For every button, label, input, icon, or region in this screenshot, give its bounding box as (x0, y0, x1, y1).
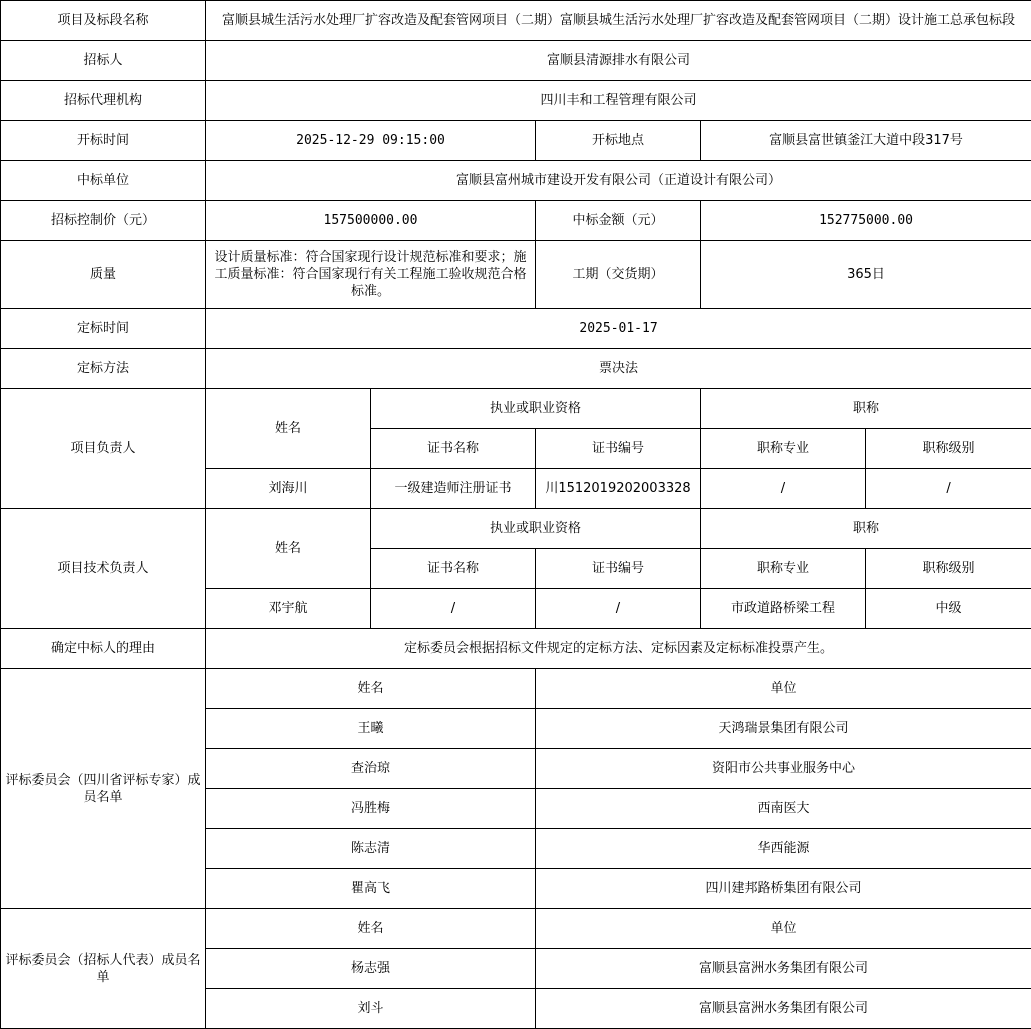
project-name-label: 项目及标段名称 (1, 1, 206, 41)
expert-member-name: 冯胜梅 (206, 789, 536, 829)
decision-method-label: 定标方法 (1, 349, 206, 389)
row-decision-method: 定标方法 票决法 (1, 349, 1031, 389)
manager-cert-name: 一级建造师注册证书 (371, 469, 536, 509)
winner-value: 富顺县富州城市建设开发有限公司（正道设计有限公司） (206, 161, 1031, 201)
row-agency: 招标代理机构 四川丰和工程管理有限公司 (1, 81, 1031, 121)
tech-cert-no-header: 证书编号 (536, 549, 701, 589)
rep-committee-label: 评标委员会（招标人代表）成员名单 (1, 909, 206, 1029)
expert-member-unit: 资阳市公共事业服务中心 (536, 749, 1031, 789)
rep-member-unit: 富顺县富洲水务集团有限公司 (536, 949, 1031, 989)
manager-label: 项目负责人 (1, 389, 206, 509)
reason-label: 确定中标人的理由 (1, 629, 206, 669)
rep-header-row: 评标委员会（招标人代表）成员名单 姓名 单位 (1, 909, 1031, 949)
tech-name: 邓宇航 (206, 589, 371, 629)
tech-manager-label: 项目技术负责人 (1, 509, 206, 629)
manager-title-major: / (701, 469, 866, 509)
row-open: 开标时间 2025-12-29 09:15:00 开标地点 富顺县富世镇釜江大道… (1, 121, 1031, 161)
row-tenderer: 招标人 富顺县清源排水有限公司 (1, 41, 1031, 81)
manager-name-header: 姓名 (206, 389, 371, 469)
expert-member-unit: 四川建邦路桥集团有限公司 (536, 869, 1031, 909)
decision-time-label: 定标时间 (1, 309, 206, 349)
tenderer-value: 富顺县清源排水有限公司 (206, 41, 1031, 81)
rep-member-unit: 富顺县富洲水务集团有限公司 (536, 989, 1031, 1029)
row-quality: 质量 设计质量标准：符合国家现行设计规范标准和要求；施工质量标准：符合国家现行有… (1, 241, 1031, 309)
tech-cert-name-header: 证书名称 (371, 549, 536, 589)
row-project-name: 项目及标段名称 富顺县城生活污水处理厂扩容改造及配套管网项目（二期）富顺县城生活… (1, 1, 1031, 41)
tech-name-header: 姓名 (206, 509, 371, 589)
rep-unit-header: 单位 (536, 909, 1031, 949)
open-place-label: 开标地点 (536, 121, 701, 161)
expert-member-unit: 西南医大 (536, 789, 1031, 829)
expert-member-unit: 天鸿瑞景集团有限公司 (536, 709, 1031, 749)
project-name-value: 富顺县城生活污水处理厂扩容改造及配套管网项目（二期）富顺县城生活污水处理厂扩容改… (206, 1, 1031, 41)
tech-qualification-header: 执业或职业资格 (371, 509, 701, 549)
tech-cert-no: / (536, 589, 701, 629)
manager-cert-name-header: 证书名称 (371, 429, 536, 469)
manager-cert-no-header: 证书编号 (536, 429, 701, 469)
quality-label: 质量 (1, 241, 206, 309)
tenderer-label: 招标人 (1, 41, 206, 81)
manager-cert-no: 川1512019202003328 (536, 469, 701, 509)
winner-label: 中标单位 (1, 161, 206, 201)
expert-member-name: 王曦 (206, 709, 536, 749)
expert-name-header: 姓名 (206, 669, 536, 709)
control-price-value: 157500000.00 (206, 201, 536, 241)
tech-title-level: 中级 (866, 589, 1031, 629)
expert-member-unit: 华西能源 (536, 829, 1031, 869)
agency-label: 招标代理机构 (1, 81, 206, 121)
tech-title-level-header: 职称级别 (866, 549, 1031, 589)
manager-name: 刘海川 (206, 469, 371, 509)
agency-value: 四川丰和工程管理有限公司 (206, 81, 1031, 121)
manager-title-header: 职称 (701, 389, 1031, 429)
rep-member-name: 刘斗 (206, 989, 536, 1029)
tech-title-header: 职称 (701, 509, 1031, 549)
expert-header-row: 评标委员会（四川省评标专家）成员名单 姓名 单位 (1, 669, 1031, 709)
duration-value: 365日 (701, 241, 1031, 309)
bid-amount-label: 中标金额（元） (536, 201, 701, 241)
tech-title-major-header: 职称专业 (701, 549, 866, 589)
manager-title-level: / (866, 469, 1031, 509)
manager-title-major-header: 职称专业 (701, 429, 866, 469)
tech-title-major: 市政道路桥梁工程 (701, 589, 866, 629)
open-place-value: 富顺县富世镇釜江大道中段317号 (701, 121, 1031, 161)
duration-label: 工期（交货期） (536, 241, 701, 309)
row-reason: 确定中标人的理由 定标委员会根据招标文件规定的定标方法、定标因素及定标标准投票产… (1, 629, 1031, 669)
rep-name-header: 姓名 (206, 909, 536, 949)
open-time-label: 开标时间 (1, 121, 206, 161)
expert-member-name: 陈志清 (206, 829, 536, 869)
manager-qualification-header: 执业或职业资格 (371, 389, 701, 429)
row-winner: 中标单位 富顺县富州城市建设开发有限公司（正道设计有限公司） (1, 161, 1031, 201)
row-decision-time: 定标时间 2025-01-17 (1, 309, 1031, 349)
manager-header-row-1: 项目负责人 姓名 执业或职业资格 职称 (1, 389, 1031, 429)
tech-header-row-1: 项目技术负责人 姓名 执业或职业资格 职称 (1, 509, 1031, 549)
manager-title-level-header: 职称级别 (866, 429, 1031, 469)
expert-member-name: 查治琼 (206, 749, 536, 789)
bid-amount-value: 152775000.00 (701, 201, 1031, 241)
expert-member-name: 瞿高飞 (206, 869, 536, 909)
bid-award-table: 项目及标段名称 富顺县城生活污水处理厂扩容改造及配套管网项目（二期）富顺县城生活… (0, 0, 1031, 1029)
decision-method-value: 票决法 (206, 349, 1031, 389)
expert-committee-label: 评标委员会（四川省评标专家）成员名单 (1, 669, 206, 909)
open-time-value: 2025-12-29 09:15:00 (206, 121, 536, 161)
control-price-label: 招标控制价（元） (1, 201, 206, 241)
tech-cert-name: / (371, 589, 536, 629)
quality-value: 设计质量标准：符合国家现行设计规范标准和要求；施工质量标准：符合国家现行有关工程… (206, 241, 536, 309)
reason-value: 定标委员会根据招标文件规定的定标方法、定标因素及定标标准投票产生。 (206, 629, 1031, 669)
decision-time-value: 2025-01-17 (206, 309, 1031, 349)
row-price: 招标控制价（元） 157500000.00 中标金额（元） 152775000.… (1, 201, 1031, 241)
expert-unit-header: 单位 (536, 669, 1031, 709)
rep-member-name: 杨志强 (206, 949, 536, 989)
